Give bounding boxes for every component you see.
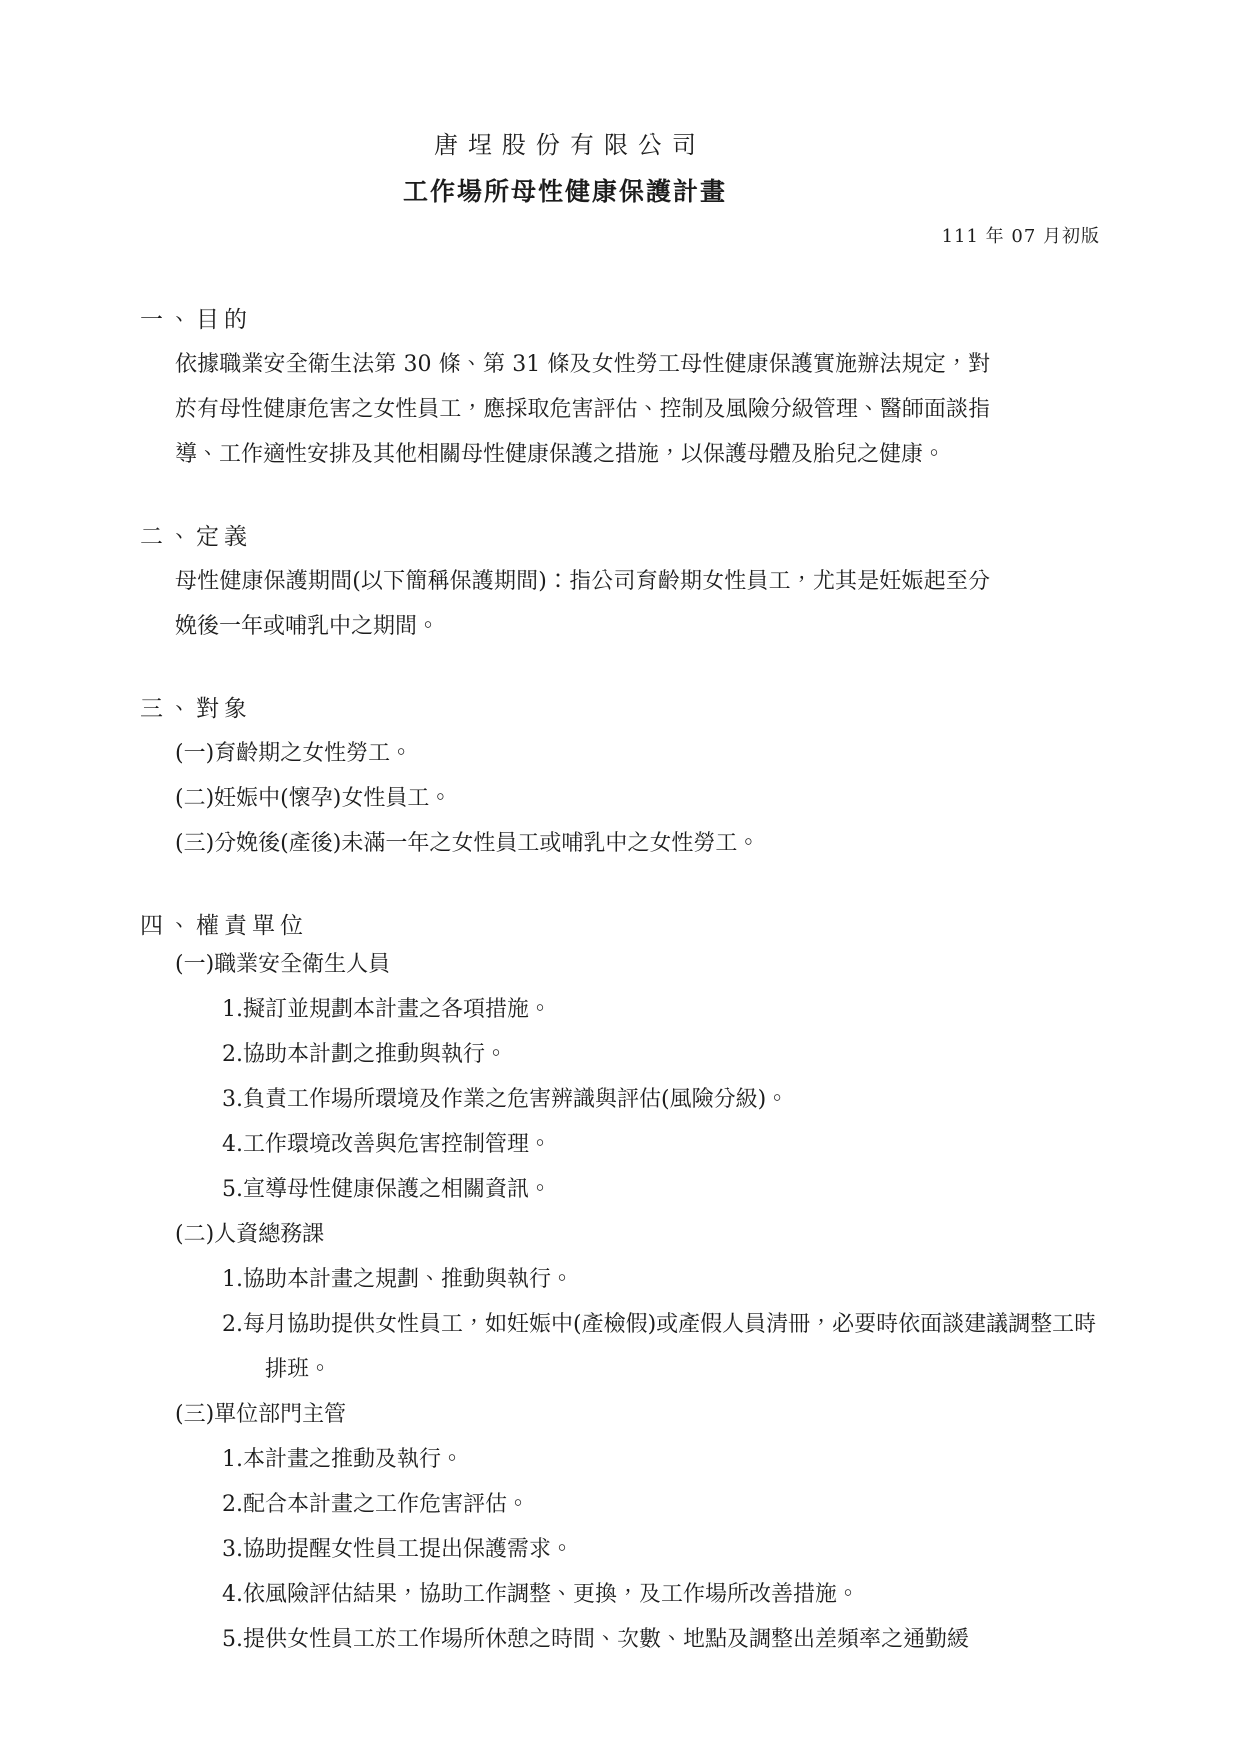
subsection-label: (三)單位部門主管 <box>175 1392 1100 1437</box>
scope-item: (三)分娩後(產後)未滿一年之女性員工或哺乳中之女性勞工。 <box>175 821 1100 866</box>
subsection-safety-personnel: (一)職業安全衛生人員 1.擬訂並規劃本計畫之各項措施。 2.協助本計劃之推動與… <box>175 942 1100 1212</box>
responsibility-item: 5.提供女性員工於工作場所休憩之時間、次數、地點及調整出差頻率之通勤緩 <box>175 1617 1110 1662</box>
section-scope-heading: 三、對象 <box>140 693 1100 725</box>
version-note: 111 年 07 月初版 <box>140 224 1100 250</box>
subsection-label: (二)人資總務課 <box>175 1212 1100 1257</box>
section-scope: 三、對象 (一)育齡期之女性勞工。 (二)妊娠中(懷孕)女性員工。 (三)分娩後… <box>140 693 1100 866</box>
subsection-label: (一)職業安全衛生人員 <box>175 942 1100 987</box>
company-title: 唐埕股份有限公司 <box>140 128 990 162</box>
responsibility-item: 1.協助本計畫之規劃、推動與執行。 <box>175 1257 1110 1302</box>
responsibility-item: 1.擬訂並規劃本計畫之各項措施。 <box>175 987 1110 1032</box>
responsibility-item: 4.工作環境改善與危害控制管理。 <box>175 1122 1110 1167</box>
definition-paragraph: 母性健康保護期間(以下簡稱保護期間)：指公司育齡期女性員工，尤其是妊娠起至分娩後… <box>175 559 990 649</box>
subsection-item-list: 1.擬訂並規劃本計畫之各項措施。 2.協助本計劃之推動與執行。 3.負責工作場所… <box>175 987 1110 1212</box>
responsibility-item: 2.每月協助提供女性員工，如妊娠中(產檢假)或產假人員清冊，必要時依面談建議調整… <box>175 1302 1110 1392</box>
section-purpose: 一、目的 依據職業安全衛生法第 30 條、第 31 條及女性勞工母性健康保護實施… <box>140 304 1100 477</box>
scope-item-list: (一)育齡期之女性勞工。 (二)妊娠中(懷孕)女性員工。 (三)分娩後(產後)未… <box>175 731 1100 866</box>
responsibility-item: 3.負責工作場所環境及作業之危害辨識與評估(風險分級)。 <box>175 1077 1110 1122</box>
responsibility-item: 5.宣導母性健康保護之相關資訊。 <box>175 1167 1110 1212</box>
section-definition-heading: 二、定義 <box>140 521 1100 553</box>
scope-item: (二)妊娠中(懷孕)女性員工。 <box>175 776 1100 821</box>
responsibility-item: 2.配合本計畫之工作危害評估。 <box>175 1482 1110 1527</box>
scope-item: (一)育齡期之女性勞工。 <box>175 731 1100 776</box>
subsection-department-supervisor: (三)單位部門主管 1.本計畫之推動及執行。 2.配合本計畫之工作危害評估。 3… <box>175 1392 1100 1662</box>
responsibility-item: 3.協助提醒女性員工提出保護需求。 <box>175 1527 1110 1572</box>
section-responsibility: 四、權責單位 (一)職業安全衛生人員 1.擬訂並規劃本計畫之各項措施。 2.協助… <box>140 910 1100 1662</box>
document-page: 唐埕股份有限公司 工作場所母性健康保護計畫 111 年 07 月初版 一、目的 … <box>0 0 1240 1755</box>
section-purpose-heading: 一、目的 <box>140 304 1100 336</box>
document-title: 工作場所母性健康保護計畫 <box>140 172 990 212</box>
section-responsibility-heading: 四、權責單位 <box>140 910 1100 942</box>
section-definition: 二、定義 母性健康保護期間(以下簡稱保護期間)：指公司育齡期女性員工，尤其是妊娠… <box>140 521 1100 649</box>
subsection-item-list: 1.協助本計畫之規劃、推動與執行。 2.每月協助提供女性員工，如妊娠中(產檢假)… <box>175 1257 1110 1392</box>
responsibility-item: 1.本計畫之推動及執行。 <box>175 1437 1110 1482</box>
title-block: 唐埕股份有限公司 工作場所母性健康保護計畫 <box>140 128 990 212</box>
responsibility-item: 2.協助本計劃之推動與執行。 <box>175 1032 1110 1077</box>
subsection-item-list: 1.本計畫之推動及執行。 2.配合本計畫之工作危害評估。 3.協助提醒女性員工提… <box>175 1437 1110 1662</box>
responsibility-item: 4.依風險評估結果，協助工作調整、更換，及工作場所改善措施。 <box>175 1572 1110 1617</box>
subsection-hr-general-affairs: (二)人資總務課 1.協助本計畫之規劃、推動與執行。 2.每月協助提供女性員工，… <box>175 1212 1100 1392</box>
purpose-paragraph: 依據職業安全衛生法第 30 條、第 31 條及女性勞工母性健康保護實施辦法規定，… <box>175 342 990 477</box>
